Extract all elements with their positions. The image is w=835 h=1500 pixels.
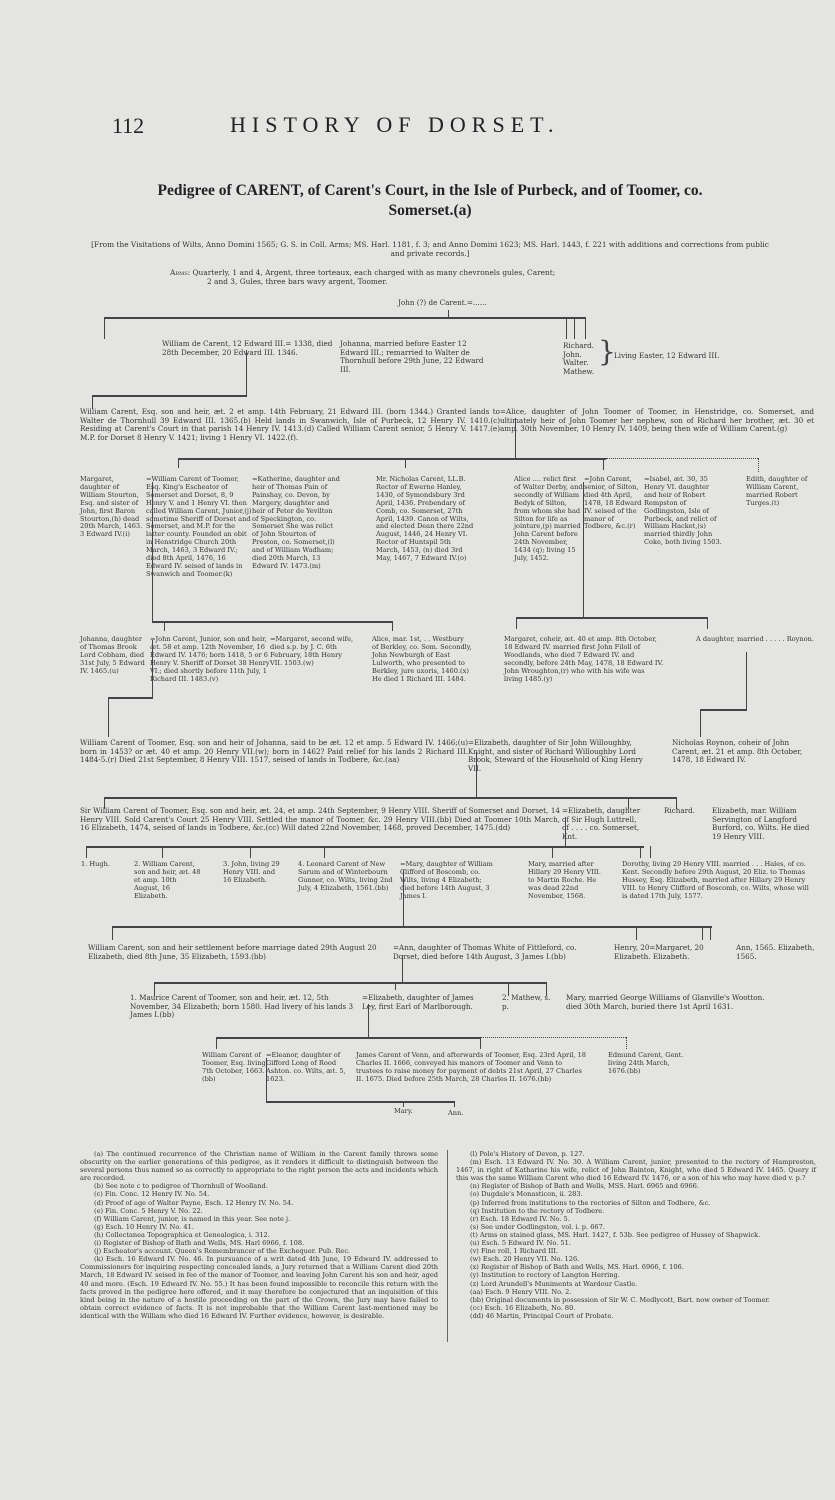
footnote-e: (e) Fin. Conc. 5 Henry V. No. 22. — [80, 1207, 438, 1215]
marriage-descent-line — [583, 482, 584, 618]
running-head: HISTORY OF DORSET. — [230, 112, 559, 138]
descent-line — [516, 617, 517, 629]
descent-line — [700, 709, 701, 737]
marriage-descent-line — [246, 350, 247, 396]
sibling-line — [178, 458, 606, 460]
person-elizabeth-ley: =Elizabeth, daughter of James Ley, first… — [362, 994, 490, 1011]
person-ann: Ann. — [448, 1110, 463, 1118]
person-mary-williams: Mary, married George Williams of Glanvil… — [566, 994, 766, 1011]
footnote-r: (r) Esch. 18 Edward IV. No. 5. — [456, 1215, 816, 1223]
person-richard: Richard. — [664, 807, 695, 816]
sibling-line — [516, 617, 708, 619]
descent-line — [86, 846, 87, 858]
person-ann-elizabeth-1565: Ann, 1565. Elizabeth, 1565. — [736, 944, 816, 961]
descent-line — [636, 926, 637, 940]
person-isabel-rempston: =Isabel, æt. 30, 35 Henry VI. daughter a… — [644, 476, 722, 547]
descent-line — [164, 621, 165, 631]
descent-line — [566, 317, 567, 339]
sibling-line — [104, 317, 586, 319]
title-line-2: Somerset.(a) — [80, 201, 780, 221]
descent-line — [324, 846, 325, 858]
descent-line — [454, 1101, 455, 1107]
person-edmund-carent: Edmund Carent, Gent. living 24th March, … — [608, 1052, 688, 1076]
footnote-b: (b) See note c to pedigree of Thornhull … — [80, 1182, 438, 1190]
footnote-h: (h) Collectanea Topographica et Genealog… — [80, 1231, 438, 1239]
marriage-descent-line — [368, 1004, 369, 1038]
person-margaret-second-wife: =Margaret, second wife, died s.p. by J. … — [270, 636, 356, 668]
descent-line — [702, 926, 703, 940]
footnote-bb: (bb) Original documents in possession of… — [456, 1296, 816, 1304]
marriage-descent-line — [565, 817, 566, 847]
descent-line — [574, 317, 575, 339]
brother-mathew: Mathew. — [563, 368, 603, 377]
sibling-line — [216, 1037, 480, 1039]
arms-line-2: 2 and 3, Gules, three bars wavy argent, … — [170, 277, 690, 286]
column-divider — [447, 1150, 448, 1342]
person-dorothy-elizabeth: Dorothy, living 29 Henry VIII. married .… — [622, 861, 814, 901]
person-johanna: Johanna, married before Easter 12 Edward… — [328, 340, 490, 374]
footnote-m: (m) Esch. 13 Edward IV. No. 30. A Willia… — [456, 1158, 816, 1182]
person-john-3: 3. John, living 29 Henry VIII. and 16 El… — [223, 861, 283, 885]
footnote-w: (w) Esch. 20 Henry VII. No. 126. — [456, 1255, 816, 1263]
person-william-of-toomer: =William Carent of Toomer, Esq. King's E… — [146, 476, 252, 579]
person-william-settlement: William Carent, son and heir settlement … — [88, 944, 393, 961]
dotted-descent-line — [626, 1037, 627, 1049]
sibling-line — [112, 926, 712, 928]
person-henry-margaret: Henry, 20=Margaret, 20 Elizabeth. Elizab… — [614, 944, 724, 961]
descent-line — [178, 458, 179, 468]
pedigree-title: Pedigree of CARENT, of Carent's Court, i… — [80, 181, 780, 221]
descent-line — [112, 926, 113, 940]
arms-blazon: Arms: Quarterly, 1 and 4, Argent, three … — [170, 268, 690, 287]
descent-line — [392, 621, 393, 631]
person-john-carent-senior: =John Carent, senior, of Silton, died 4t… — [584, 476, 644, 531]
descent-line — [603, 458, 604, 470]
person-johanna-brook: Johanna, daughter of Thomas Brook Lord C… — [80, 636, 150, 676]
marriage-descent-line — [266, 1058, 267, 1102]
person-katherine: =Katherine, daughter and heir of Thomas … — [252, 476, 340, 571]
descent-line — [108, 697, 109, 737]
person-nicholas-carent: Mr. Nicholas Carent, LL.B. Rector of Ewe… — [376, 476, 476, 563]
footnote-cc: (cc) Esch. 16 Elizabeth, No. 80. — [456, 1304, 816, 1312]
footnote-y: (y) Institution to rectory of Langton He… — [456, 1271, 816, 1279]
footnote-u: (u) Esch. 5 Edward IV. No. 51. — [456, 1239, 816, 1247]
marriage-descent-line — [515, 418, 516, 458]
descent-line — [162, 846, 163, 858]
person-william-2: 2. William Carent, son and heir, æt. 48 … — [134, 861, 202, 901]
marriage-descent-line — [152, 482, 153, 622]
person-ann-white: =Ann, daughter of Thomas White of Fittle… — [393, 944, 603, 961]
person-william-son-of-johanna: William Carent of Toomer, Esq. son and h… — [80, 739, 468, 765]
person-alice-westbury: Alice, mar. 1st, . . Westbury of Berkley… — [372, 636, 472, 683]
person-mary: Mary. — [394, 1108, 413, 1116]
person-mary-clifford: =Mary, daughter of William Clifford of B… — [400, 861, 498, 901]
descent-line — [585, 317, 586, 339]
dotted-sibling-line — [480, 1037, 626, 1038]
footnote-g: (g) Esch. 10 Henry IV. No. 41. — [80, 1223, 438, 1231]
person-hugh: 1. Hugh. — [81, 861, 110, 869]
person-elizabeth-servington: Elizabeth, mar. William Servington of La… — [712, 807, 816, 841]
footnote-v: (v) Fine roll, 1 Richard III. — [456, 1247, 816, 1255]
footnote-a: (a) The continued recurrence of the Chri… — [80, 1150, 438, 1182]
title-line-1: Pedigree of CARENT, of Carent's Court, i… — [80, 181, 780, 201]
footnote-t: (t) Arms on stained glass, MS. Harl. 142… — [456, 1231, 816, 1239]
footnote-k: (k) Esch. 16 Edward IV. No. 46. In pursu… — [80, 1255, 438, 1320]
footnote-i: (i) Register of Bishop of Bath and Wells… — [80, 1239, 438, 1247]
person-elizabeth-luttrell: =Elizabeth, daughter of Sir Hugh Luttrel… — [562, 807, 642, 841]
descent-line — [480, 1037, 481, 1049]
person-alice-toomer: =Alice, daughter of John Toomer of Toome… — [500, 408, 814, 434]
footnotes-right: (l) Pole's History of Devon, p. 127. (m)… — [456, 1150, 816, 1320]
footnote-c: (c) Fin. Conc. 12 Henry IV. No. 54. — [80, 1190, 438, 1198]
person-margaret-coheir: Margaret, coheir, æt. 40 et amp. 8th Oct… — [504, 636, 664, 683]
descent-line — [650, 846, 651, 858]
descent-line — [405, 458, 406, 468]
person-margaret-stourton: Margaret, daughter of William Stourton, … — [80, 476, 146, 539]
footnote-q: (q) Institution to the rectory of Todber… — [456, 1207, 816, 1215]
footnote-d: (d) Proof of age of Walter Payne, Esch. … — [80, 1199, 438, 1207]
footnote-f: (f) William Carent, junior, is named in … — [80, 1215, 438, 1223]
footnote-o: (o) Dugdale's Monasticon, ii. 283. — [456, 1190, 816, 1198]
person-daughter-roynon: A daughter, married . . . . . Roynon. — [690, 636, 820, 644]
footnote-l: (l) Pole's History of Devon, p. 127. — [456, 1150, 816, 1158]
marriage-descent-line — [403, 870, 404, 927]
footnote-aa: (aa) Esch. 9 Henry VIII. No. 2. — [456, 1288, 816, 1296]
footnote-s: (s) See under Godlingston, vol. i. p. 66… — [456, 1223, 816, 1231]
marriage-descent-line — [152, 640, 153, 698]
marriage-descent-line — [476, 752, 477, 798]
sibling-line — [152, 621, 392, 623]
descent-line — [710, 926, 711, 940]
person-maurice-carent: 1. Maurice Carent of Toomer, son and hei… — [130, 994, 362, 1020]
dotted-descent-line — [758, 458, 759, 472]
marriage-descent-line — [402, 955, 403, 983]
arms-line-1: Quarterly, 1 and 4, Argent, three tortea… — [193, 268, 556, 277]
descent-line — [552, 846, 553, 858]
footnote-n: (n) Register of Bishop of Bath and Wells… — [456, 1182, 816, 1190]
descent-line — [700, 709, 747, 711]
person-leonard-carent: 4. Leonard Carent of New Sarum and of Wi… — [298, 861, 400, 893]
sibling-line — [154, 982, 546, 984]
footnotes-left: (a) The continued recurrence of the Chri… — [80, 1150, 438, 1320]
brothers-note: Living Easter, 12 Edward III. — [614, 352, 719, 361]
descent-line — [707, 617, 708, 629]
person-mathew: 2. Mathew, s. p. — [502, 994, 552, 1011]
person-eleanor-long: =Eleanor, daughter of Gifford Long of Ro… — [266, 1052, 346, 1084]
person-william-de-carent: William de Carent, 12 Edward III.= 1338,… — [162, 340, 337, 357]
descent-line — [746, 652, 747, 710]
person-sir-william-carent: Sir William Carent of Toomer, Esq. son a… — [80, 807, 560, 833]
brothers-list: Richard. John. Walter. Mathew. — [563, 342, 603, 376]
person-william-carent-1663: William Carent of Toomer, Esq. living 7t… — [202, 1052, 266, 1084]
person-john-de-carent: John (?) de Carent.=...... — [398, 299, 487, 308]
person-william-carent-gen2: William Carent, Esq. son and heir, æt. 2… — [80, 408, 500, 442]
footnote-z: (z) Lord Arundell's Muniments at Wardour… — [456, 1280, 816, 1288]
sibling-line — [86, 846, 644, 848]
sibling-line — [104, 797, 676, 799]
arms-label: Arms: — [170, 268, 190, 277]
page-number: 112 — [112, 113, 144, 139]
descent-line — [92, 395, 247, 397]
person-john-carent-junior: =John Carent, Junior, son and heir, æt. … — [150, 636, 270, 683]
person-elizabeth-willoughby: =Elizabeth, daughter of Sir John Willoug… — [468, 739, 658, 773]
sibling-line — [266, 1101, 454, 1103]
footnote-dd: (dd) 46 Martin, Principal Court of Proba… — [456, 1312, 816, 1320]
descent-line — [108, 697, 153, 699]
descent-line — [104, 317, 105, 339]
descent-line — [250, 846, 251, 858]
footnote-p: (p) Inferred from institutions to the re… — [456, 1199, 816, 1207]
source-note: [From the Visitations of Wilts, Anno Dom… — [90, 240, 770, 258]
descent-line — [216, 1037, 217, 1049]
person-james-carent-venn: James Carent of Venn, and afterwards of … — [356, 1052, 586, 1084]
person-nicholas-roynon: Nicholas Roynon, coheir of John Carent, … — [672, 739, 817, 765]
descent-line — [640, 846, 641, 858]
dotted-sibling-line — [606, 458, 758, 459]
footnote-x: (x) Register of Bishop of Bath and Wells… — [456, 1263, 816, 1271]
person-alice-relict: Alice .... relict first of Walter Derby,… — [514, 476, 584, 563]
person-edith-carent: Edith, daughter of William Carent, marri… — [746, 476, 816, 508]
descent-line — [395, 982, 396, 990]
person-mary-roche: Mary, married after Hillary 29 Henry VII… — [528, 861, 608, 901]
footnote-j: (j) Escheator's account. Queen's Remembr… — [80, 1247, 438, 1255]
